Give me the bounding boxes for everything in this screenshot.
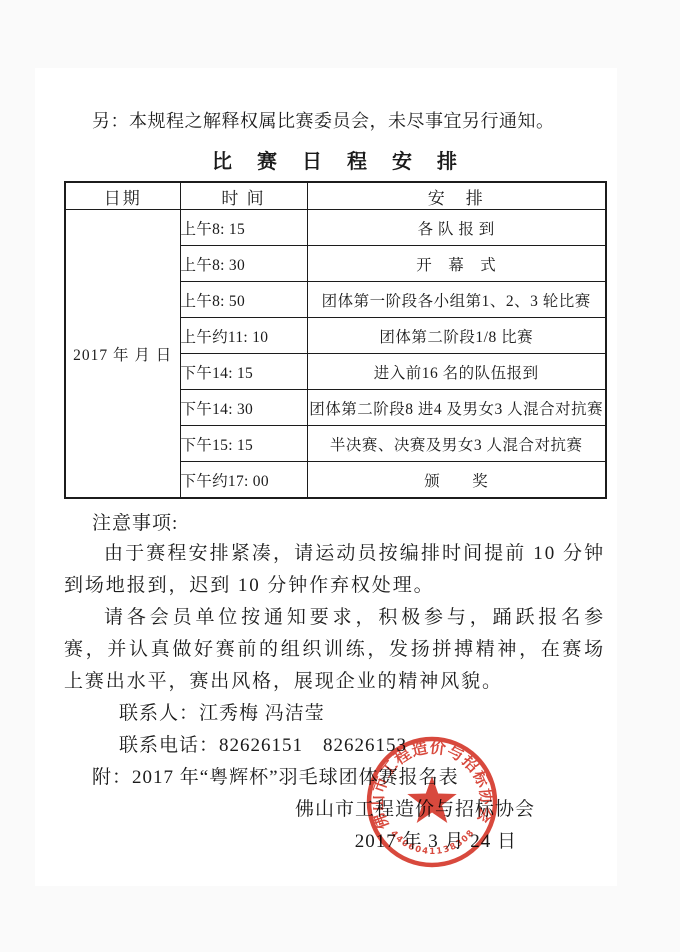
time-cell: 下午14: 30 xyxy=(180,390,307,426)
contact-person-line: 联系人：江秀梅 冯洁莹 xyxy=(64,698,605,730)
notes-heading: 注意事项: xyxy=(64,510,605,538)
document-content: 另：本规程之解释权属比赛委员会，未尽事宜另行通知。 比 赛 日 程 安 排 日期… xyxy=(64,108,605,858)
header-arrangement: 安 排 xyxy=(307,182,606,210)
notes-paragraph-1: 由于赛程安排紧凑，请运动员按编排时间提前 10 分钟到场地报到，迟到 10 分钟… xyxy=(64,538,605,602)
document-page: 另：本规程之解释权属比赛委员会，未尽事宜另行通知。 比 赛 日 程 安 排 日期… xyxy=(35,68,617,886)
event-cell: 进入前16 名的队伍报到 xyxy=(307,354,606,390)
event-cell: 半决赛、决赛及男女3 人混合对抗赛 xyxy=(307,426,606,462)
signature-date: 2017 年 3 月 24 日 xyxy=(64,826,605,858)
event-cell: 团体第二阶段8 进4 及男女3 人混合对抗赛 xyxy=(307,390,606,426)
time-cell: 下午约17: 00 xyxy=(180,462,307,499)
time-cell: 下午14: 15 xyxy=(180,354,307,390)
date-cell: 2017 年 月 日 xyxy=(65,210,180,499)
event-cell: 各 队 报 到 xyxy=(307,210,606,246)
table-row: 2017 年 月 日 上午8: 15 各 队 报 到 xyxy=(65,210,606,246)
header-time: 时 间 xyxy=(180,182,307,210)
schedule-title: 比 赛 日 程 安 排 xyxy=(64,149,605,175)
signature-organization: 佛山市工程造价与招标协会 xyxy=(64,794,605,826)
event-cell: 团体第二阶段1/8 比赛 xyxy=(307,318,606,354)
event-cell: 开 幕 式 xyxy=(307,246,606,282)
attachment-line: 附：2017 年“粤辉杯”羽毛球团体赛报名表 xyxy=(64,762,605,794)
header-date: 日期 xyxy=(65,182,180,210)
contact-phone-line: 联系电话：82626151 82626153 xyxy=(64,730,605,762)
time-cell: 上午约11: 10 xyxy=(180,318,307,354)
scanned-document-canvas: 另：本规程之解释权属比赛委员会，未尽事宜另行通知。 比 赛 日 程 安 排 日期… xyxy=(0,0,680,952)
event-cell: 颁 奖 xyxy=(307,462,606,499)
time-cell: 上午8: 50 xyxy=(180,282,307,318)
schedule-table: 日期 时 间 安 排 2017 年 月 日 上午8: 15 各 队 报 到 上午… xyxy=(64,181,607,499)
table-header-row: 日期 时 间 安 排 xyxy=(65,182,606,210)
time-cell: 上午8: 30 xyxy=(180,246,307,282)
notes-paragraph-2: 请各会员单位按通知要求，积极参与，踊跃报名参赛，并认真做好赛前的组织训练，发扬拼… xyxy=(64,602,605,698)
intro-line: 另：本规程之解释权属比赛委员会，未尽事宜另行通知。 xyxy=(64,108,605,134)
time-cell: 上午8: 15 xyxy=(180,210,307,246)
event-cell: 团体第一阶段各小组第1、2、3 轮比赛 xyxy=(307,282,606,318)
time-cell: 下午15: 15 xyxy=(180,426,307,462)
